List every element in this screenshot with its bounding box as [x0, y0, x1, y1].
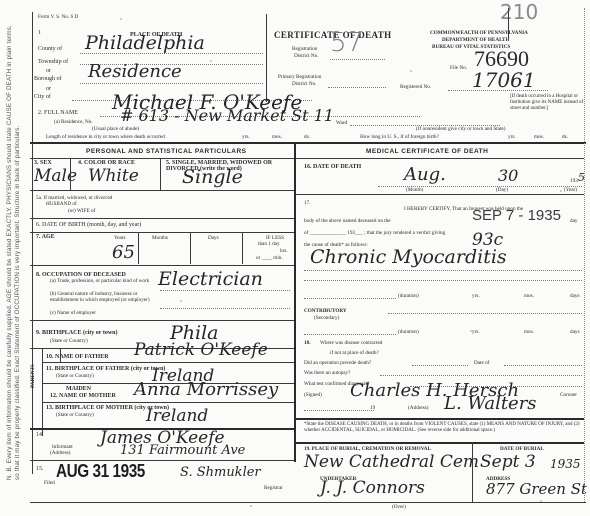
medical-title-line	[296, 158, 584, 159]
undertaker-value: J. J. Connors	[320, 480, 425, 497]
duration-line-1	[304, 298, 396, 299]
duration-label-2: (duration)	[398, 329, 419, 336]
primary-registration-label: Primary Registration	[278, 74, 321, 81]
q18-sub: if not at place of death?	[330, 350, 379, 357]
district-number: 57	[330, 30, 363, 56]
q18-num: 18.	[304, 340, 310, 347]
duration-line-2	[304, 334, 396, 335]
year-prefix: 193	[570, 178, 578, 185]
filed-label: Filed	[44, 480, 55, 487]
operation-label: Did an operation precede death?	[304, 360, 371, 367]
month-sub: (Month)	[406, 187, 423, 194]
occupation-c-label: (c) Name of employer	[50, 310, 96, 317]
contributory-line	[388, 313, 582, 314]
inquest-date-stamp: SEP 7 - 1935	[472, 208, 561, 223]
district-line	[330, 59, 385, 60]
age-divider-3	[242, 232, 243, 264]
row-line-7	[42, 362, 294, 363]
primary-line	[328, 87, 386, 88]
certify-line-2: body of the above named deceased on the	[304, 218, 391, 225]
date-of-label: Date of	[474, 360, 489, 367]
industry-line	[160, 308, 290, 309]
primary-district-label: District No.	[292, 81, 317, 88]
date-of-death-label: 16. DATE OF DEATH	[304, 164, 361, 171]
place-of-death-num: 1	[38, 30, 41, 37]
mother-value: Anna Morrissey	[134, 381, 278, 399]
coroner-address-label: (Address)	[408, 405, 428, 412]
footnote-top-line	[296, 418, 584, 420]
years-label: Years	[114, 235, 126, 242]
duration-mos-1: mos.	[524, 293, 534, 300]
row-line-4	[30, 265, 294, 266]
age-divider-2	[190, 232, 191, 264]
duration-label-1: (duration)	[398, 293, 419, 300]
cause-line-1	[304, 270, 582, 271]
top-number: 210	[500, 2, 538, 22]
duration-yrs-2: yrs.	[472, 329, 480, 336]
borough-label: Borough of	[34, 76, 62, 83]
county-label: County of	[38, 46, 62, 53]
death-certificate-page: N. B. Every item of information should b…	[0, 0, 590, 516]
ward-label: Ward	[336, 120, 347, 127]
marital-value: Single	[182, 168, 243, 187]
less-label-3: hrs.	[280, 248, 288, 255]
scan-speck	[180, 300, 182, 302]
commonwealth-label: COMMONWEALTH OF PENNSYLVANIA	[430, 30, 528, 37]
sex-divider	[70, 158, 71, 190]
or-label-1: or	[46, 68, 51, 75]
spouse-label-2: HUSBAND of	[46, 201, 77, 208]
file-number: 76690	[474, 48, 529, 70]
county-value: Philadelphia	[85, 34, 205, 53]
coroner-address-value: L. Walters	[444, 395, 537, 413]
color-value: White	[88, 168, 139, 185]
over-label: (Over)	[392, 504, 406, 511]
residence-value: # 613 - New Market St 11	[120, 108, 334, 124]
length-ds: ds.	[304, 134, 310, 141]
cause-of-death-value: Chronic Myocarditis	[310, 248, 507, 267]
signed-label: (Signed)	[304, 392, 322, 399]
side-note-text: N. B. Every item of information should b…	[6, 20, 21, 480]
father-label: 10. NAME OF FATHER	[46, 354, 109, 361]
foreign-birth-label: How long in U. S., if of foreign birth?	[360, 134, 439, 141]
registered-line	[448, 90, 548, 91]
father-birthplace-label: 11. BIRTHPLACE OF FATHER (city or town)	[46, 366, 165, 373]
township-label: Township of	[38, 59, 68, 66]
medical-section-title: MEDICAL CERTIFICATE OF DEATH	[366, 148, 488, 155]
certify-day: day	[570, 218, 578, 225]
length-mos: mos.	[272, 134, 282, 141]
spouse-label-3: (or) WIFE of	[68, 208, 95, 215]
mother-label: 12. NAME OF MOTHER	[50, 393, 116, 400]
registered-number: 17061	[472, 70, 536, 90]
maiden-label: MAIDEN	[66, 386, 91, 393]
or-label-2: or	[46, 86, 51, 93]
birthplace-sub: (State or Country)	[50, 338, 88, 345]
color-divider	[160, 158, 161, 190]
dob-label: 6. DATE OF BIRTH (month, day, and year)	[36, 222, 141, 229]
stamp-mark	[508, 8, 509, 38]
row-line-2	[30, 218, 294, 219]
dod-bottom-line	[296, 194, 584, 195]
contributory-sub: (Secondary)	[314, 315, 339, 322]
occupation-line	[160, 290, 290, 291]
parents-label: PARENTS	[30, 364, 37, 388]
certify-line-3: of ______________ 193___ ; that the jury…	[304, 230, 445, 237]
date-of-line	[504, 365, 582, 366]
full-name-label: 2. FULL NAME	[38, 110, 78, 117]
less-label-4: or ____ min.	[256, 255, 283, 262]
year-19-line	[304, 410, 374, 411]
death-month-value: Aug.	[404, 166, 446, 184]
scan-speck	[250, 505, 252, 507]
row-line-3	[30, 232, 294, 233]
form-id: Form V. S. No. 6 D	[38, 14, 78, 21]
hospital-note: [If death occurred in a Hospital or Inst…	[510, 94, 588, 112]
row-line-5	[30, 320, 294, 321]
row-line-9	[42, 402, 294, 403]
center-divider	[294, 142, 296, 462]
scan-speck	[120, 18, 122, 20]
burial-place-value: New Cathedral Cem	[304, 454, 479, 471]
duration-days-2: days	[570, 329, 580, 336]
father-birthplace-sub: (State or Country)	[56, 373, 94, 380]
age-divider-1	[138, 232, 139, 264]
scan-speck	[410, 70, 412, 72]
right-border	[584, 8, 585, 502]
scan-speck	[210, 60, 212, 62]
age-label: 7. AGE	[36, 234, 55, 241]
days-label: Days	[208, 235, 219, 242]
personal-section-title: PERSONAL AND STATISTICAL PARTICULARS	[86, 148, 247, 155]
burial-divider	[472, 442, 473, 502]
borough-value: Residence	[88, 63, 182, 81]
length-residence-label: Length of residence in city or town wher…	[46, 134, 165, 141]
scan-speck	[540, 500, 542, 502]
informant-address-value: 131 Fairmount Ave	[120, 444, 245, 457]
autopsy-line	[380, 375, 582, 376]
filed-date-stamp: AUG 31 1935	[56, 462, 145, 480]
cause-line-2	[304, 280, 582, 281]
cause-footnote: *State the DISEASE CAUSING DEATH, or in …	[304, 422, 582, 434]
form-bottom-line	[30, 502, 586, 503]
registrar-signature: S. Shmukler	[180, 466, 261, 479]
scan-speck	[470, 330, 472, 332]
operation-line	[412, 365, 468, 366]
burial-year-value: 1935	[550, 458, 581, 470]
residence-label: (a) Residence, No.	[54, 119, 93, 126]
informant-num: 14.	[36, 432, 44, 439]
occupation-b-label: (b) General nature of industry, business…	[50, 292, 160, 303]
father-value: Patrick O'Keefe	[134, 342, 268, 359]
row-line-1	[30, 190, 294, 191]
header-divider	[266, 14, 267, 102]
year-19: 19	[370, 405, 375, 412]
undertaker-address-value: 877 Green St	[486, 482, 587, 497]
duration-mos-2: mos.	[524, 329, 534, 336]
contributory-label: CONTRIBUTORY	[304, 308, 347, 315]
burial-date-value: Sept 3	[480, 454, 536, 471]
registration-district-label: Registration	[292, 46, 317, 53]
year-sub: (Year)	[564, 187, 577, 194]
occupation-value: Electrician	[158, 270, 263, 289]
duration-days-1: days	[570, 293, 580, 300]
foreign-yrs: yrs.	[508, 134, 516, 141]
age-years-value: 65	[112, 244, 135, 262]
mother-birthplace-value: Ireland	[146, 408, 208, 425]
death-day-value: 30	[498, 168, 518, 184]
day-sub: (Day)	[496, 187, 508, 194]
occupation-a-label: (a) Trade, profession, or particular kin…	[50, 279, 160, 285]
foreign-ds: ds.	[562, 134, 568, 141]
certify-num: 17.	[304, 200, 310, 207]
filed-num: 15.	[36, 466, 44, 473]
city-label: City of	[34, 94, 51, 101]
father-num-divider	[60, 348, 61, 362]
registrar-label: Registrar	[264, 485, 283, 492]
months-label: Months	[152, 235, 168, 242]
file-no-label: File No.	[450, 65, 467, 72]
nonresident-note: (If nonresident give city or town and St…	[416, 126, 505, 133]
header-bottom-border	[30, 142, 586, 144]
side-instructions: N. B. Every item of information should b…	[4, 20, 30, 480]
certificate-form: Form V. S. No. 6 D 1 PLACE OF DEATH Coun…	[30, 8, 586, 458]
registered-no-label: Registered No.	[400, 84, 431, 91]
length-yrs: yrs.	[242, 134, 250, 141]
q18-label: Where was disease contracted	[320, 340, 382, 347]
borough-line	[80, 83, 263, 84]
registration-district-label-2: District No.	[294, 53, 319, 60]
duration-yrs-1: yrs.	[472, 293, 480, 300]
scan-speck	[560, 190, 562, 192]
mother-birthplace-sub: (State or Country)	[56, 412, 94, 419]
coroner-label: Coroner	[560, 392, 577, 399]
county-line	[80, 53, 263, 54]
burial-top-line	[296, 442, 584, 444]
autopsy-label: Was there an autopsy?	[304, 370, 350, 377]
residence-sub-label: (Usual place of abode)	[92, 126, 139, 133]
birthplace-label: 9. BIRTHPLACE (city or town)	[36, 330, 118, 337]
less-label-2: than 1 day	[258, 241, 280, 248]
informant-address-label: (Address)	[50, 450, 70, 457]
department-label: DEPARTMENT OF HEALTH	[442, 37, 510, 44]
foreign-mos: mos.	[534, 134, 544, 141]
